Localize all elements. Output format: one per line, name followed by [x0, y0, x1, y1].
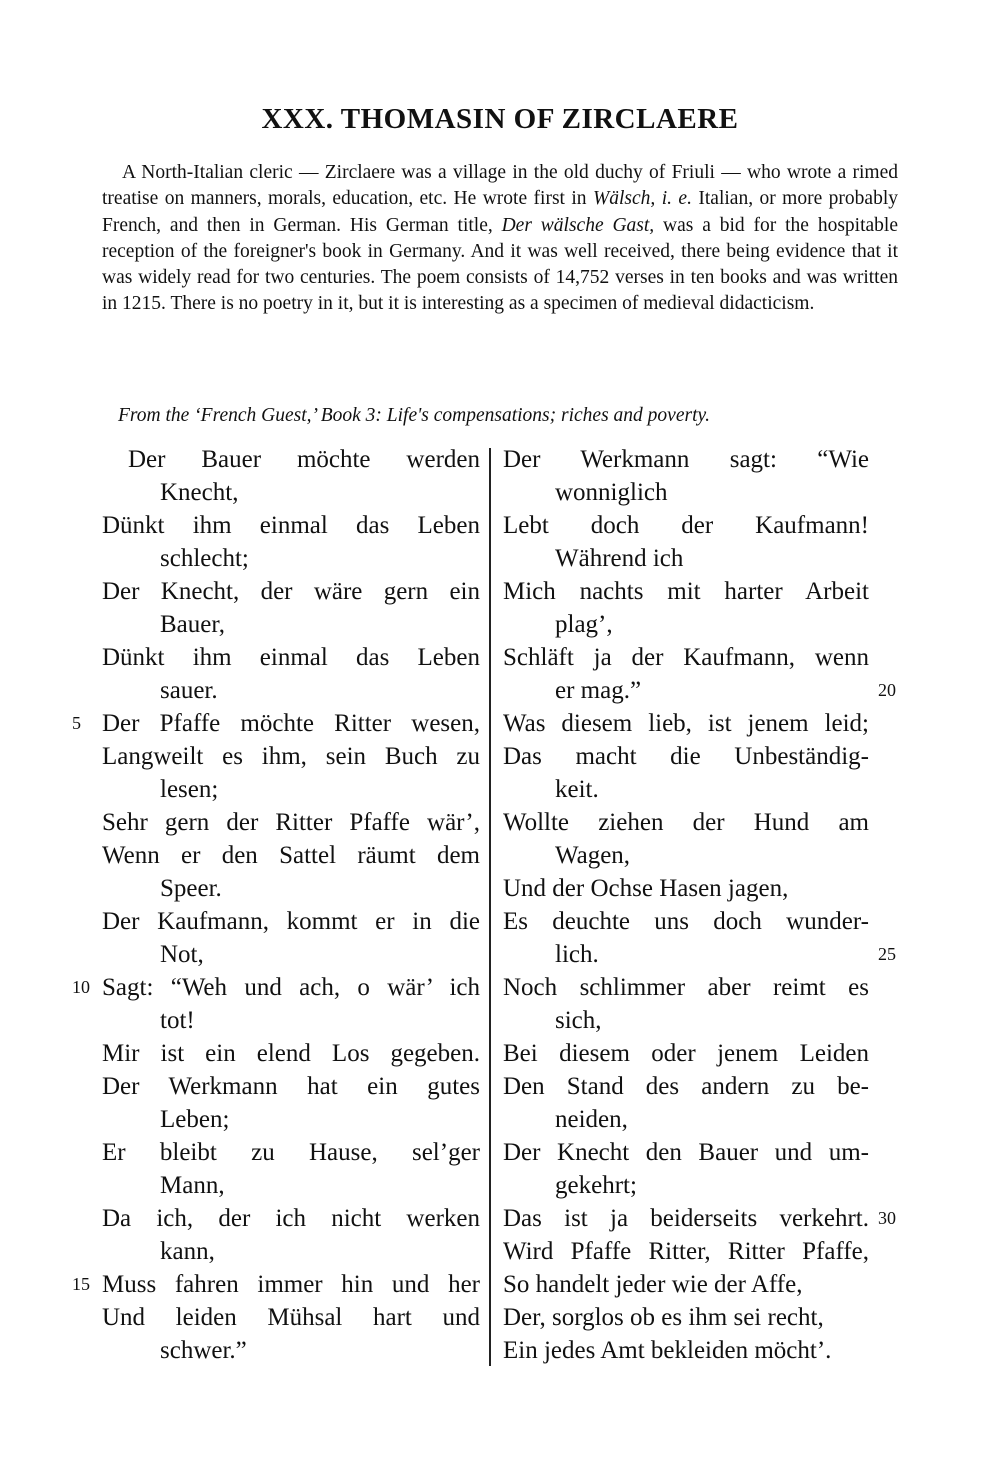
verse-text: Schläft ja der Kaufmann, wenn — [503, 644, 869, 671]
verse-line: Mann, — [102, 1169, 480, 1202]
verse-text: schwer.” — [160, 1337, 247, 1364]
verse-text: Dünkt ihm einmal das Leben — [102, 644, 480, 671]
verse-line: Mich nachts mit harter Arbeit — [503, 575, 869, 608]
verse-text: Bei diesem oder jenem Leiden — [503, 1040, 869, 1067]
line-number: 15 — [72, 1268, 90, 1301]
verse-text: Während ich — [555, 545, 683, 572]
verse-text: tot! — [160, 1007, 195, 1034]
verse-text: Speer. — [160, 875, 222, 902]
verse-text: Muss fahren immer hin und her — [102, 1271, 480, 1298]
verse-text: Wenn er den Sattel räumt dem — [102, 842, 480, 869]
verse-line: Der, sorglos ob es ihm sei recht, — [503, 1301, 869, 1334]
verse-text: lesen; — [160, 776, 218, 803]
line-number: 30 — [878, 1202, 896, 1235]
verse-text: Mann, — [160, 1172, 225, 1199]
verse-line: Noch schlimmer aber reimt es — [503, 971, 869, 1004]
verse-line: Wollte ziehen der Hund am — [503, 806, 869, 839]
verse-text: Ein jedes Amt bekleiden möcht’. — [503, 1337, 831, 1364]
verse-text: Es deuchte uns doch wunder- — [503, 908, 869, 935]
verse-line: plag’, — [503, 608, 869, 641]
verse-line: Der Knecht den Bauer und um- — [503, 1136, 869, 1169]
verse-line: Leben; — [102, 1103, 480, 1136]
verse-text: Da ich, der ich nicht werken — [102, 1205, 480, 1232]
verse-text: Wagen, — [555, 842, 630, 869]
verse-line: Und der Ochse Hasen jagen, — [503, 872, 869, 905]
verse-text: gekehrt; — [555, 1172, 637, 1199]
source-heading: From the ‘French Guest,’ Book 3: Life's … — [118, 405, 908, 427]
verse-text: Der Knecht den Bauer und um- — [503, 1139, 869, 1166]
verse-text: Was diesem lieb, ist jenem leid; — [503, 710, 869, 737]
line-number: 10 — [72, 971, 90, 1004]
verse-line: Dünkt ihm einmal das Leben — [102, 641, 480, 674]
verse-line: Das macht die Unbeständig- — [503, 740, 869, 773]
verse-line: Sagt: “Weh und ach, o wär’ ich10 — [102, 971, 480, 1004]
verse-line: Schläft ja der Kaufmann, wenn — [503, 641, 869, 674]
verse-text: neiden, — [555, 1106, 628, 1133]
verse-line: Langweilt es ihm, sein Buch zu — [102, 740, 480, 773]
verse-text: Leben; — [160, 1106, 229, 1133]
verse-line: Wird Pfaffe Ritter, Ritter Pfaffe, — [503, 1235, 869, 1268]
verse-text: Das macht die Unbeständig- — [503, 743, 869, 770]
verse-text: lich. — [555, 941, 599, 968]
verse-line: Das ist ja beiderseits verkehrt.30 — [503, 1202, 869, 1235]
verse-line: schlecht; — [102, 542, 480, 575]
verse-line: Wenn er den Sattel räumt dem — [102, 839, 480, 872]
verse-text: Der, sorglos ob es ihm sei recht, — [503, 1304, 824, 1331]
intro-italic: Der wälsche Gast, — [502, 215, 655, 236]
verse-line: Lebt doch der Kaufmann! — [503, 509, 869, 542]
verse-line: Dünkt ihm einmal das Leben — [102, 509, 480, 542]
verse-line: schwer.” — [102, 1334, 480, 1367]
verse-text: Sagt: “Weh und ach, o wär’ ich — [102, 974, 480, 1001]
verse-line: tot! — [102, 1004, 480, 1037]
verse-text: Der Bauer möchte werden — [128, 446, 480, 473]
verse-text: Bauer, — [160, 611, 225, 638]
line-number: 5 — [72, 707, 81, 740]
verse-line: lesen; — [102, 773, 480, 806]
line-number: 20 — [878, 674, 896, 707]
verse-text: Den Stand des andern zu be- — [503, 1073, 869, 1100]
verse-text: Das ist ja beiderseits verkehrt. — [503, 1205, 869, 1232]
verse-line: Mir ist ein elend Los gegeben. — [102, 1037, 480, 1070]
verse-text: sich, — [555, 1007, 602, 1034]
verse-line: keit. — [503, 773, 869, 806]
verse-text: Dünkt ihm einmal das Leben — [102, 512, 480, 539]
column-divider — [489, 448, 491, 1366]
verse-text: So handelt jeder wie der Affe, — [503, 1271, 802, 1298]
verse-line: Der Pfaffe möchte Ritter wesen,5 — [102, 707, 480, 740]
verse-text: schlecht; — [160, 545, 249, 572]
verse-line: sauer. — [102, 674, 480, 707]
verse-line: Speer. — [102, 872, 480, 905]
verse-text: wonniglich — [555, 479, 668, 506]
verse-line: Knecht, — [102, 476, 480, 509]
verse-text: Der Werkmann sagt: “Wie — [503, 446, 869, 473]
verse-text: er mag.” — [555, 677, 641, 704]
intro-italic: Wälsch, i. e. — [593, 188, 692, 209]
verse-text: Lebt doch der Kaufmann! — [503, 512, 869, 539]
verse-line: Not, — [102, 938, 480, 971]
line-number: 25 — [878, 938, 896, 971]
verse-text: Knecht, — [160, 479, 238, 506]
verse-line: gekehrt; — [503, 1169, 869, 1202]
verse-line: Während ich — [503, 542, 869, 575]
intro-paragraph: A North-Italian cleric — Zirclaere was a… — [102, 160, 898, 318]
verse-line: sich, — [503, 1004, 869, 1037]
verse-line: wonniglich — [503, 476, 869, 509]
verse-text: Wollte ziehen der Hund am — [503, 809, 869, 836]
verse-line: Der Werkmann sagt: “Wie — [503, 443, 869, 476]
verse-line: Er bleibt zu Hause, sel’ger — [102, 1136, 480, 1169]
verse-text: Langweilt es ihm, sein Buch zu — [102, 743, 480, 770]
verse-text: keit. — [555, 776, 599, 803]
poem-left-column: Der Bauer möchte werdenKnecht,Dünkt ihm … — [102, 443, 480, 1367]
verse-line: Wagen, — [503, 839, 869, 872]
verse-line: Ein jedes Amt bekleiden möcht’. — [503, 1334, 869, 1367]
verse-line: Der Bauer möchte werden — [102, 443, 480, 476]
chapter-title: XXX. THOMASIN OF ZIRCLAERE — [0, 103, 1000, 136]
verse-line: Der Kaufmann, kommt er in die — [102, 905, 480, 938]
verse-line: Bei diesem oder jenem Leiden — [503, 1037, 869, 1070]
verse-line: Bauer, — [102, 608, 480, 641]
verse-text: Sehr gern der Ritter Pfaffe wär’, — [102, 809, 480, 836]
verse-text: Und leiden Mühsal hart und — [102, 1304, 480, 1331]
verse-text: Wird Pfaffe Ritter, Ritter Pfaffe, — [503, 1238, 869, 1265]
verse-line: kann, — [102, 1235, 480, 1268]
poem-right-column: Der Werkmann sagt: “WiewonniglichLebt do… — [503, 443, 869, 1367]
verse-text: sauer. — [160, 677, 218, 704]
verse-text: Er bleibt zu Hause, sel’ger — [102, 1139, 480, 1166]
verse-line: Es deuchte uns doch wunder- — [503, 905, 869, 938]
verse-text: Mich nachts mit harter Arbeit — [503, 578, 869, 605]
verse-text: Der Knecht, der wäre gern ein — [102, 578, 480, 605]
verse-text: Not, — [160, 941, 204, 968]
verse-line: Der Knecht, der wäre gern ein — [102, 575, 480, 608]
verse-text: Der Pfaffe möchte Ritter wesen, — [102, 710, 480, 737]
verse-text: plag’, — [555, 611, 613, 638]
verse-line: neiden, — [503, 1103, 869, 1136]
verse-line: lich.25 — [503, 938, 869, 971]
verse-line: Der Werkmann hat ein gutes — [102, 1070, 480, 1103]
verse-line: Was diesem lieb, ist jenem leid; — [503, 707, 869, 740]
verse-line: Sehr gern der Ritter Pfaffe wär’, — [102, 806, 480, 839]
verse-text: Der Kaufmann, kommt er in die — [102, 908, 480, 935]
verse-text: Noch schlimmer aber reimt es — [503, 974, 869, 1001]
verse-text: Der Werkmann hat ein gutes — [102, 1073, 480, 1100]
verse-line: er mag.”20 — [503, 674, 869, 707]
verse-line: Muss fahren immer hin und her15 — [102, 1268, 480, 1301]
verse-text: Mir ist ein elend Los gegeben. — [102, 1040, 480, 1067]
verse-line: Da ich, der ich nicht werken — [102, 1202, 480, 1235]
verse-text: Und der Ochse Hasen jagen, — [503, 875, 788, 902]
verse-line: Und leiden Mühsal hart und — [102, 1301, 480, 1334]
verse-line: Den Stand des andern zu be- — [503, 1070, 869, 1103]
verse-text: kann, — [160, 1238, 215, 1265]
verse-line: So handelt jeder wie der Affe, — [503, 1268, 869, 1301]
